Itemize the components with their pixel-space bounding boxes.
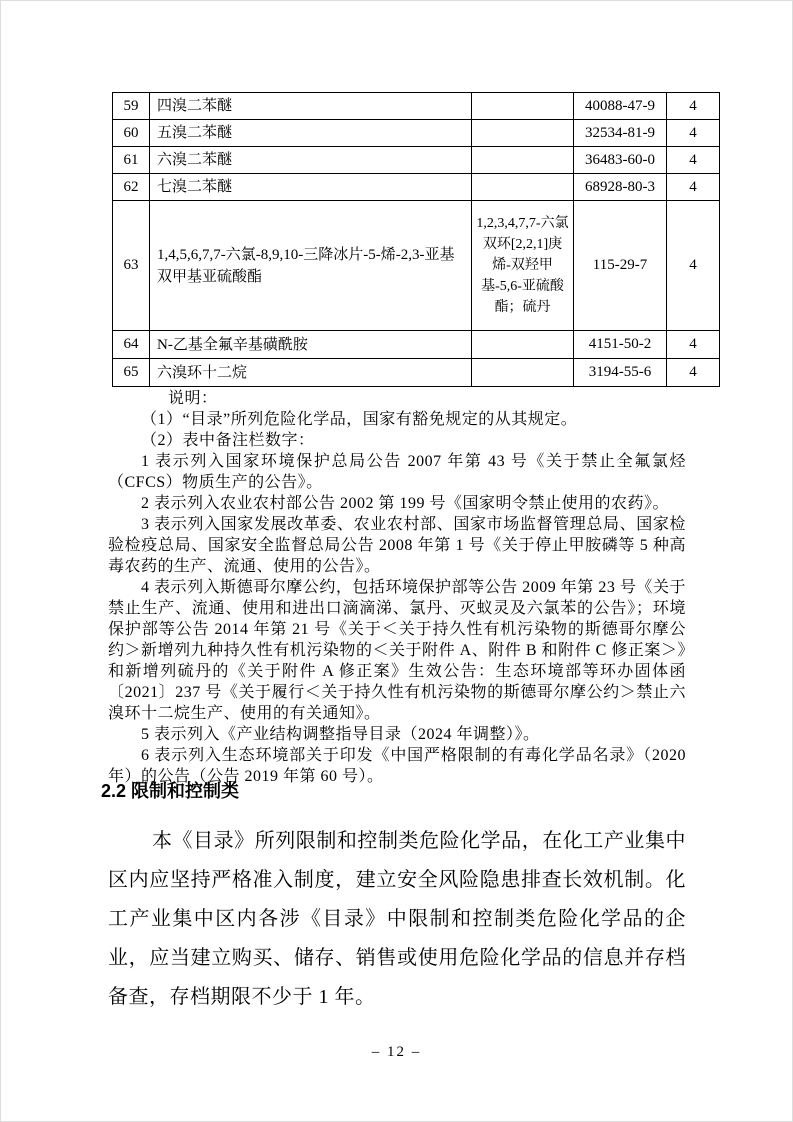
page-number: – 12 – [0, 1044, 793, 1061]
cas-number-cell: 36483-60-0 [574, 147, 667, 174]
chemical-name-cell: 六溴二苯醚 [150, 147, 472, 174]
alias-cell [472, 120, 574, 147]
alias-cell [472, 93, 574, 120]
cas-number-cell: 115-29-7 [574, 201, 667, 331]
note-paragraph: 5 表示列入《产业结构调整指导目录（2024 年调整）》。 [108, 724, 686, 745]
note-paragraph: （1）“目录”所列危险化学品，国家有豁免规定的从其规定。 [108, 409, 686, 430]
cas-number-cell: 4151-50-2 [574, 331, 667, 359]
chemical-name-cell: 七溴二苯醚 [150, 174, 472, 201]
cas-number-cell: 32534-81-9 [574, 120, 667, 147]
row-number-cell: 62 [113, 174, 150, 201]
remark-cell: 4 [667, 201, 720, 331]
table-row: 63 1,4,5,6,7,7-六氯-8,9,10-三降冰片-5-烯-2,3-亚基… [113, 201, 720, 331]
row-number-cell: 60 [113, 120, 150, 147]
note-paragraph: 3 表示列入国家发展改革委、农业农村部、国家市场监督管理总局、国家检验检疫总局、… [108, 514, 686, 577]
table-row: 64 N-乙基全氟辛基磺酰胺 4151-50-2 4 [113, 331, 720, 359]
chemical-table: 59 四溴二苯醚 40088-47-9 4 60 五溴二苯醚 32534-81-… [112, 92, 720, 387]
table-row: 62 七溴二苯醚 68928-80-3 4 [113, 174, 720, 201]
note-paragraph: 1 表示列入国家环境保护总局公告 2007 年第 43 号《关于禁止全氟氯烃（C… [108, 451, 686, 493]
document-page: 59 四溴二苯醚 40088-47-9 4 60 五溴二苯醚 32534-81-… [0, 0, 793, 1122]
row-number-cell: 59 [113, 93, 150, 120]
note-paragraph: 2 表示列入农业农村部公告 2002 第 199 号《国家明令禁止使用的农药》。 [108, 493, 686, 514]
chemical-name-cell: 五溴二苯醚 [150, 120, 472, 147]
table-row: 59 四溴二苯醚 40088-47-9 4 [113, 93, 720, 120]
remark-cell: 4 [667, 359, 720, 387]
remark-cell: 4 [667, 93, 720, 120]
note-paragraph: （2）表中备注栏数字： [108, 430, 686, 451]
alias-cell [472, 147, 574, 174]
cas-number-cell: 68928-80-3 [574, 174, 667, 201]
alias-cell [472, 174, 574, 201]
row-number-cell: 65 [113, 359, 150, 387]
remark-cell: 4 [667, 331, 720, 359]
remark-cell: 4 [667, 120, 720, 147]
table-row: 61 六溴二苯醚 36483-60-0 4 [113, 147, 720, 174]
chemical-name-cell: 四溴二苯醚 [150, 93, 472, 120]
row-number-cell: 61 [113, 147, 150, 174]
cas-number-cell: 40088-47-9 [574, 93, 667, 120]
chemical-name-cell: N-乙基全氟辛基磺酰胺 [150, 331, 472, 359]
alias-cell: 1,2,3,4,7,7-六氯双环[2,2,1]庚烯-双羟甲基-5,6-亚硫酸酯；… [472, 201, 574, 331]
alias-cell [472, 331, 574, 359]
body-paragraph: 本《目录》所列限制和控制类危险化学品，在化工产业集中区内应坚持严格准入制度，建立… [108, 822, 686, 1017]
table-row: 65 六溴环十二烷 3194-55-6 4 [113, 359, 720, 387]
remark-cell: 4 [667, 147, 720, 174]
table-row: 60 五溴二苯醚 32534-81-9 4 [113, 120, 720, 147]
notes-block: 说明： （1）“目录”所列危险化学品，国家有豁免规定的从其规定。 （2）表中备注… [108, 388, 686, 787]
chemical-name-cell: 1,4,5,6,7,7-六氯-8,9,10-三降冰片-5-烯-2,3-亚基双甲基… [150, 201, 472, 331]
section-heading: 2.2 限制和控制类 [101, 777, 239, 803]
cas-number-cell: 3194-55-6 [574, 359, 667, 387]
note-paragraph: 4 表示列入斯德哥尔摩公约，包括环境保护部等公告 2009 年第 23 号《关于… [108, 577, 686, 724]
chemical-name-cell: 六溴环十二烷 [150, 359, 472, 387]
alias-cell [472, 359, 574, 387]
remark-cell: 4 [667, 174, 720, 201]
notes-title: 说明： [108, 388, 686, 409]
row-number-cell: 64 [113, 331, 150, 359]
row-number-cell: 63 [113, 201, 150, 331]
